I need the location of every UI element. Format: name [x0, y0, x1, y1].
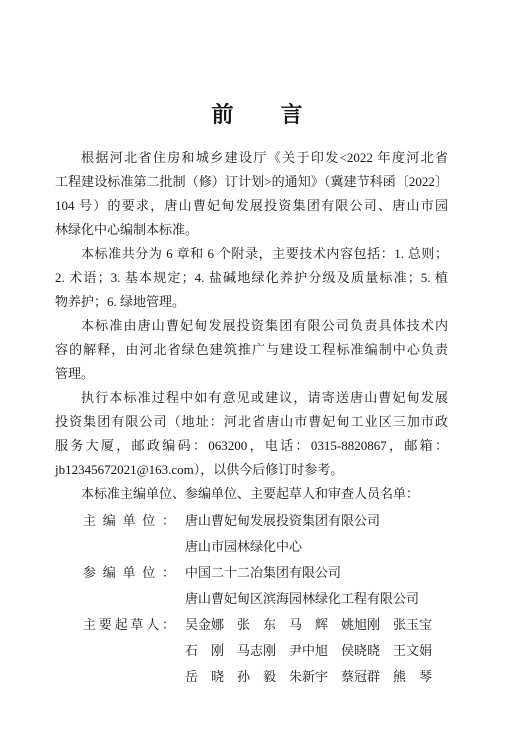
body-line: 管理。: [55, 362, 448, 386]
participating-unit: 中国二十二冶集团有限公司: [185, 560, 341, 586]
body-line: 物养护；6. 绿地管理。: [55, 290, 448, 314]
body-line: 林绿化中心编制本标准。: [55, 218, 448, 242]
participating-unit: 唐山曹妃甸区滨海园林绿化工程有限公司: [185, 586, 419, 612]
credit-row: 主要起草人： 吴金娜 张 东 马 辉 姚旭刚 张玉宝: [55, 612, 475, 638]
foreword-paragraph: 本标准共分为 6 章和 6 个附录，主要技术内容包括：1. 总则； 2. 术语；…: [55, 242, 448, 314]
body-line: 根据河北省住房和城乡建设厅《关于印发<2022 年度河北省: [55, 146, 448, 170]
body-line: 容的解释，由河北省绿色建筑推广与建设工程标准编制中心负责: [55, 338, 448, 362]
body-line: 服务大厦，邮政编码：063200，电话：0315-8820867，邮箱：: [55, 434, 448, 458]
chief-editor-label: 主编单位：: [83, 508, 175, 534]
drafter-names-row: 吴金娜 张 东 马 辉 姚旭刚 张玉宝: [185, 612, 432, 638]
body-line: 2. 术语；3. 基本规定；4. 盐碱地绿化养护分级及质量标准；5. 植: [55, 266, 448, 290]
body-line: 本标准主编单位、参编单位、主要起草人和审查人员名单：: [55, 482, 448, 506]
foreword-paragraph: 根据河北省住房和城乡建设厅《关于印发<2022 年度河北省 工程建设标准第二批制…: [55, 146, 448, 242]
body-line: 工程建设标准第二批制（修）订计划>的通知》（冀建节科函〔2022〕: [55, 170, 448, 194]
body-line: 104 号）的要求，唐山曹妃甸发展投资集团有限公司、唐山市园: [55, 194, 448, 218]
body-line: jb12345672021@163.com），以供今后修订时参考。: [55, 458, 448, 482]
body-line: 执行本标准过程中如有意见或建议，请寄送唐山曹妃甸发展: [55, 386, 448, 410]
chief-editor-unit: 唐山曹妃甸发展投资集团有限公司: [185, 508, 380, 534]
credit-row: 主编单位： 唐山曹妃甸发展投资集团有限公司: [55, 508, 475, 534]
participating-units-label: 参编单位：: [83, 560, 175, 586]
credit-row: 石 刚 马志刚 尹中旭 侯晓晓 王文娟: [55, 638, 475, 664]
credit-row: 岳 晓 孙 毅 朱新宇 蔡冠群 熊 琴: [55, 664, 475, 690]
credit-row: 唐山市园林绿化中心: [55, 534, 475, 560]
chief-editor-unit: 唐山市园林绿化中心: [185, 534, 302, 560]
credit-label-spacer: [83, 586, 175, 612]
body-line: 本标准由唐山曹妃甸发展投资集团有限公司负责具体技术内: [55, 314, 448, 338]
page-title: 前 言: [0, 99, 515, 131]
body-line: 本标准共分为 6 章和 6 个附录，主要技术内容包括：1. 总则；: [55, 242, 448, 266]
drafter-names-row: 石 刚 马志刚 尹中旭 侯晓晓 王文娟: [185, 638, 432, 664]
body-line: 投资集团有限公司（地址：河北省唐山市曹妃甸工业区三加市政: [55, 410, 448, 434]
foreword-paragraph: 本标准由唐山曹妃甸发展投资集团有限公司负责具体技术内 容的解释，由河北省绿色建筑…: [55, 314, 448, 386]
credit-label-spacer: [83, 534, 175, 560]
drafters-label: 主要起草人：: [83, 612, 175, 638]
document-page: 前 言 根据河北省住房和城乡建设厅《关于印发<2022 年度河北省 工程建设标准…: [0, 0, 515, 747]
credit-row: 唐山曹妃甸区滨海园林绿化工程有限公司: [55, 586, 475, 612]
credit-label-spacer: [83, 664, 175, 690]
credit-row: 参编单位： 中国二十二冶集团有限公司: [55, 560, 475, 586]
foreword-paragraph: 本标准主编单位、参编单位、主要起草人和审查人员名单：: [55, 482, 448, 506]
credits-section: 主编单位： 唐山曹妃甸发展投资集团有限公司 唐山市园林绿化中心 参编单位： 中国…: [55, 508, 475, 690]
credit-label-spacer: [83, 638, 175, 664]
foreword-paragraph: 执行本标准过程中如有意见或建议，请寄送唐山曹妃甸发展 投资集团有限公司（地址：河…: [55, 386, 448, 482]
drafter-names-row: 岳 晓 孙 毅 朱新宇 蔡冠群 熊 琴: [185, 664, 432, 690]
foreword-body: 根据河北省住房和城乡建设厅《关于印发<2022 年度河北省 工程建设标准第二批制…: [55, 146, 448, 506]
